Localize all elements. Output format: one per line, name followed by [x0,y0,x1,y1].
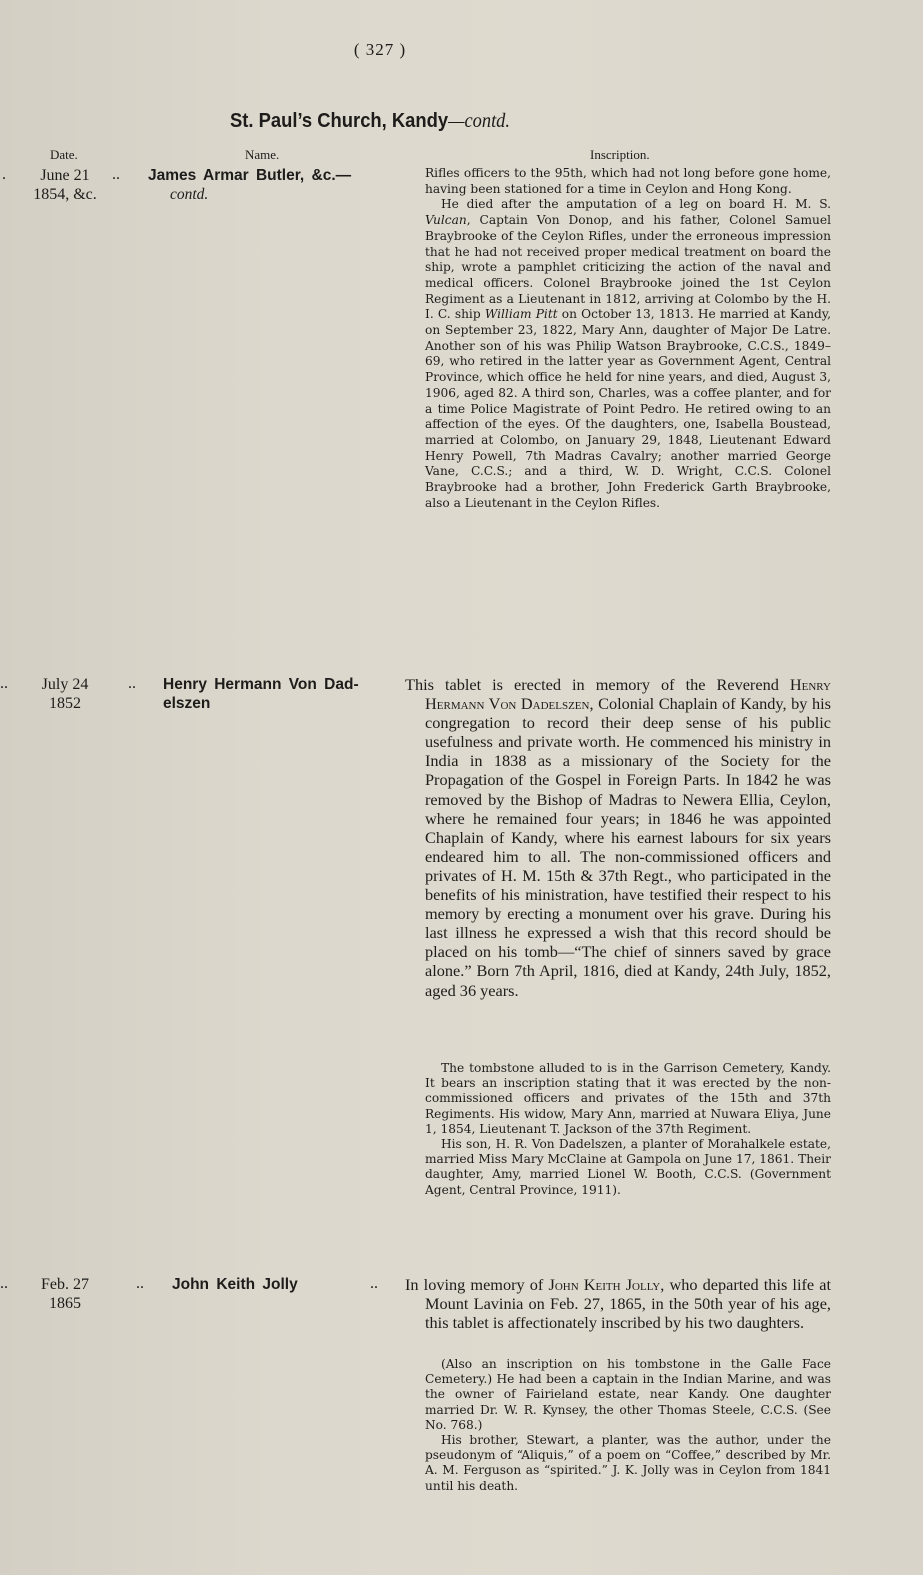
leader-dots: .. [136,1275,144,1293]
leader-dots: .. [370,1275,378,1293]
leader-dots: .. [0,675,8,693]
inscription-text: Rifles officers to the 95th, which had n… [425,166,831,511]
name-contd: contd. [148,185,403,204]
entry-date: Feb. 27 1865 [20,1275,110,1313]
date-year: 1852 [20,694,110,713]
notes: (Also an inscription on his tombstone in… [425,1357,831,1494]
tablet-inscription: In loving memory of John Keith Jolly, wh… [405,1275,831,1332]
date-line: June 21 [20,166,110,185]
note-paragraph: (Also an inscription on his tombstone in… [425,1357,831,1433]
column-header-date: Date. [50,147,78,163]
date-line: Feb. 27 [20,1275,110,1294]
inscription-paragraph: He died after the amputation of a leg on… [425,197,831,511]
entry-date: June 21 1854, &c. [20,166,110,204]
entry-name: James Armar Butler, &c.— contd. [148,166,403,204]
inscription-paragraph: This tablet is erected in memory of the … [405,675,831,1000]
name-line: elszen [163,694,418,713]
document-page: ( 327 ) St. Paul’s Church, Kandy—contd. … [0,0,923,1575]
name-line: Henry Hermann Von Dad- [163,676,359,693]
entry-name: Henry Hermann Von Dad- elszen [163,675,418,713]
note-paragraph: His son, H. R. Von Dadelszen, a planter … [425,1137,831,1198]
date-year: 1854, &c. [20,185,110,204]
date-line: July 24 [20,675,110,694]
inscription-paragraph: In loving memory of John Keith Jolly, wh… [405,1275,831,1332]
tablet-inscription: This tablet is erected in memory of the … [405,675,831,1000]
leader-dots: . [2,166,6,184]
page-number: ( 327 ) [0,40,760,60]
column-header-name: Name. [245,147,279,163]
notes: The tombstone alluded to is in the Garri… [425,1061,831,1198]
section-title-main: St. Paul’s Church, Kandy [230,110,448,132]
inscription-paragraph: Rifles officers to the 95th, which had n… [425,166,831,197]
column-header-inscription: Inscription. [590,147,650,163]
leader-dots: .. [112,166,120,184]
name-line: James Armar Butler, &c.— [148,167,351,184]
section-title-suffix: —contd. [448,110,510,132]
date-year: 1865 [20,1294,110,1313]
name-line: John Keith Jolly [172,1276,298,1293]
leader-dots: .. [0,1275,8,1293]
note-paragraph: The tombstone alluded to is in the Garri… [425,1061,831,1137]
leader-dots: .. [128,675,136,693]
entry-name: John Keith Jolly [172,1275,427,1294]
section-title: St. Paul’s Church, Kandy—contd. [30,110,711,133]
note-paragraph: His brother, Stewart, a planter, was the… [425,1433,831,1494]
entry-date: July 24 1852 [20,675,110,713]
